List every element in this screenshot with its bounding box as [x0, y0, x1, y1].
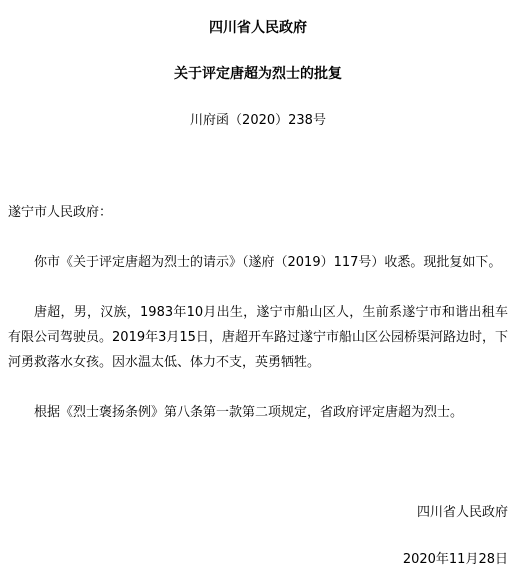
issuer-title: 四川省人民政府 — [8, 16, 508, 41]
doc-number: 川府函（2020）238号 — [8, 108, 508, 133]
body-paragraph-decision: 根据《烈士褒扬条例》第八条第一款第二项规定，省政府评定唐超为烈士。 — [8, 400, 508, 425]
salutation: 遂宁市人民政府： — [8, 200, 508, 225]
signature-issuer: 四川省人民政府 — [8, 500, 508, 525]
signature-date: 2020年11月28日 — [8, 547, 508, 572]
body-paragraph-intro: 你市《关于评定唐超为烈士的请示》（遂府（2019）117号）收悉。现批复如下。 — [8, 250, 508, 275]
document-page: 四川省人民政府 关于评定唐超为烈士的批复 川府函（2020）238号 遂宁市人民… — [0, 16, 516, 586]
body-paragraph-biography: 唐超，男，汉族，1983年10月出生，遂宁市船山区人，生前系遂宁市和谐出租车有限… — [8, 300, 508, 375]
subject-title: 关于评定唐超为烈士的批复 — [8, 62, 508, 87]
